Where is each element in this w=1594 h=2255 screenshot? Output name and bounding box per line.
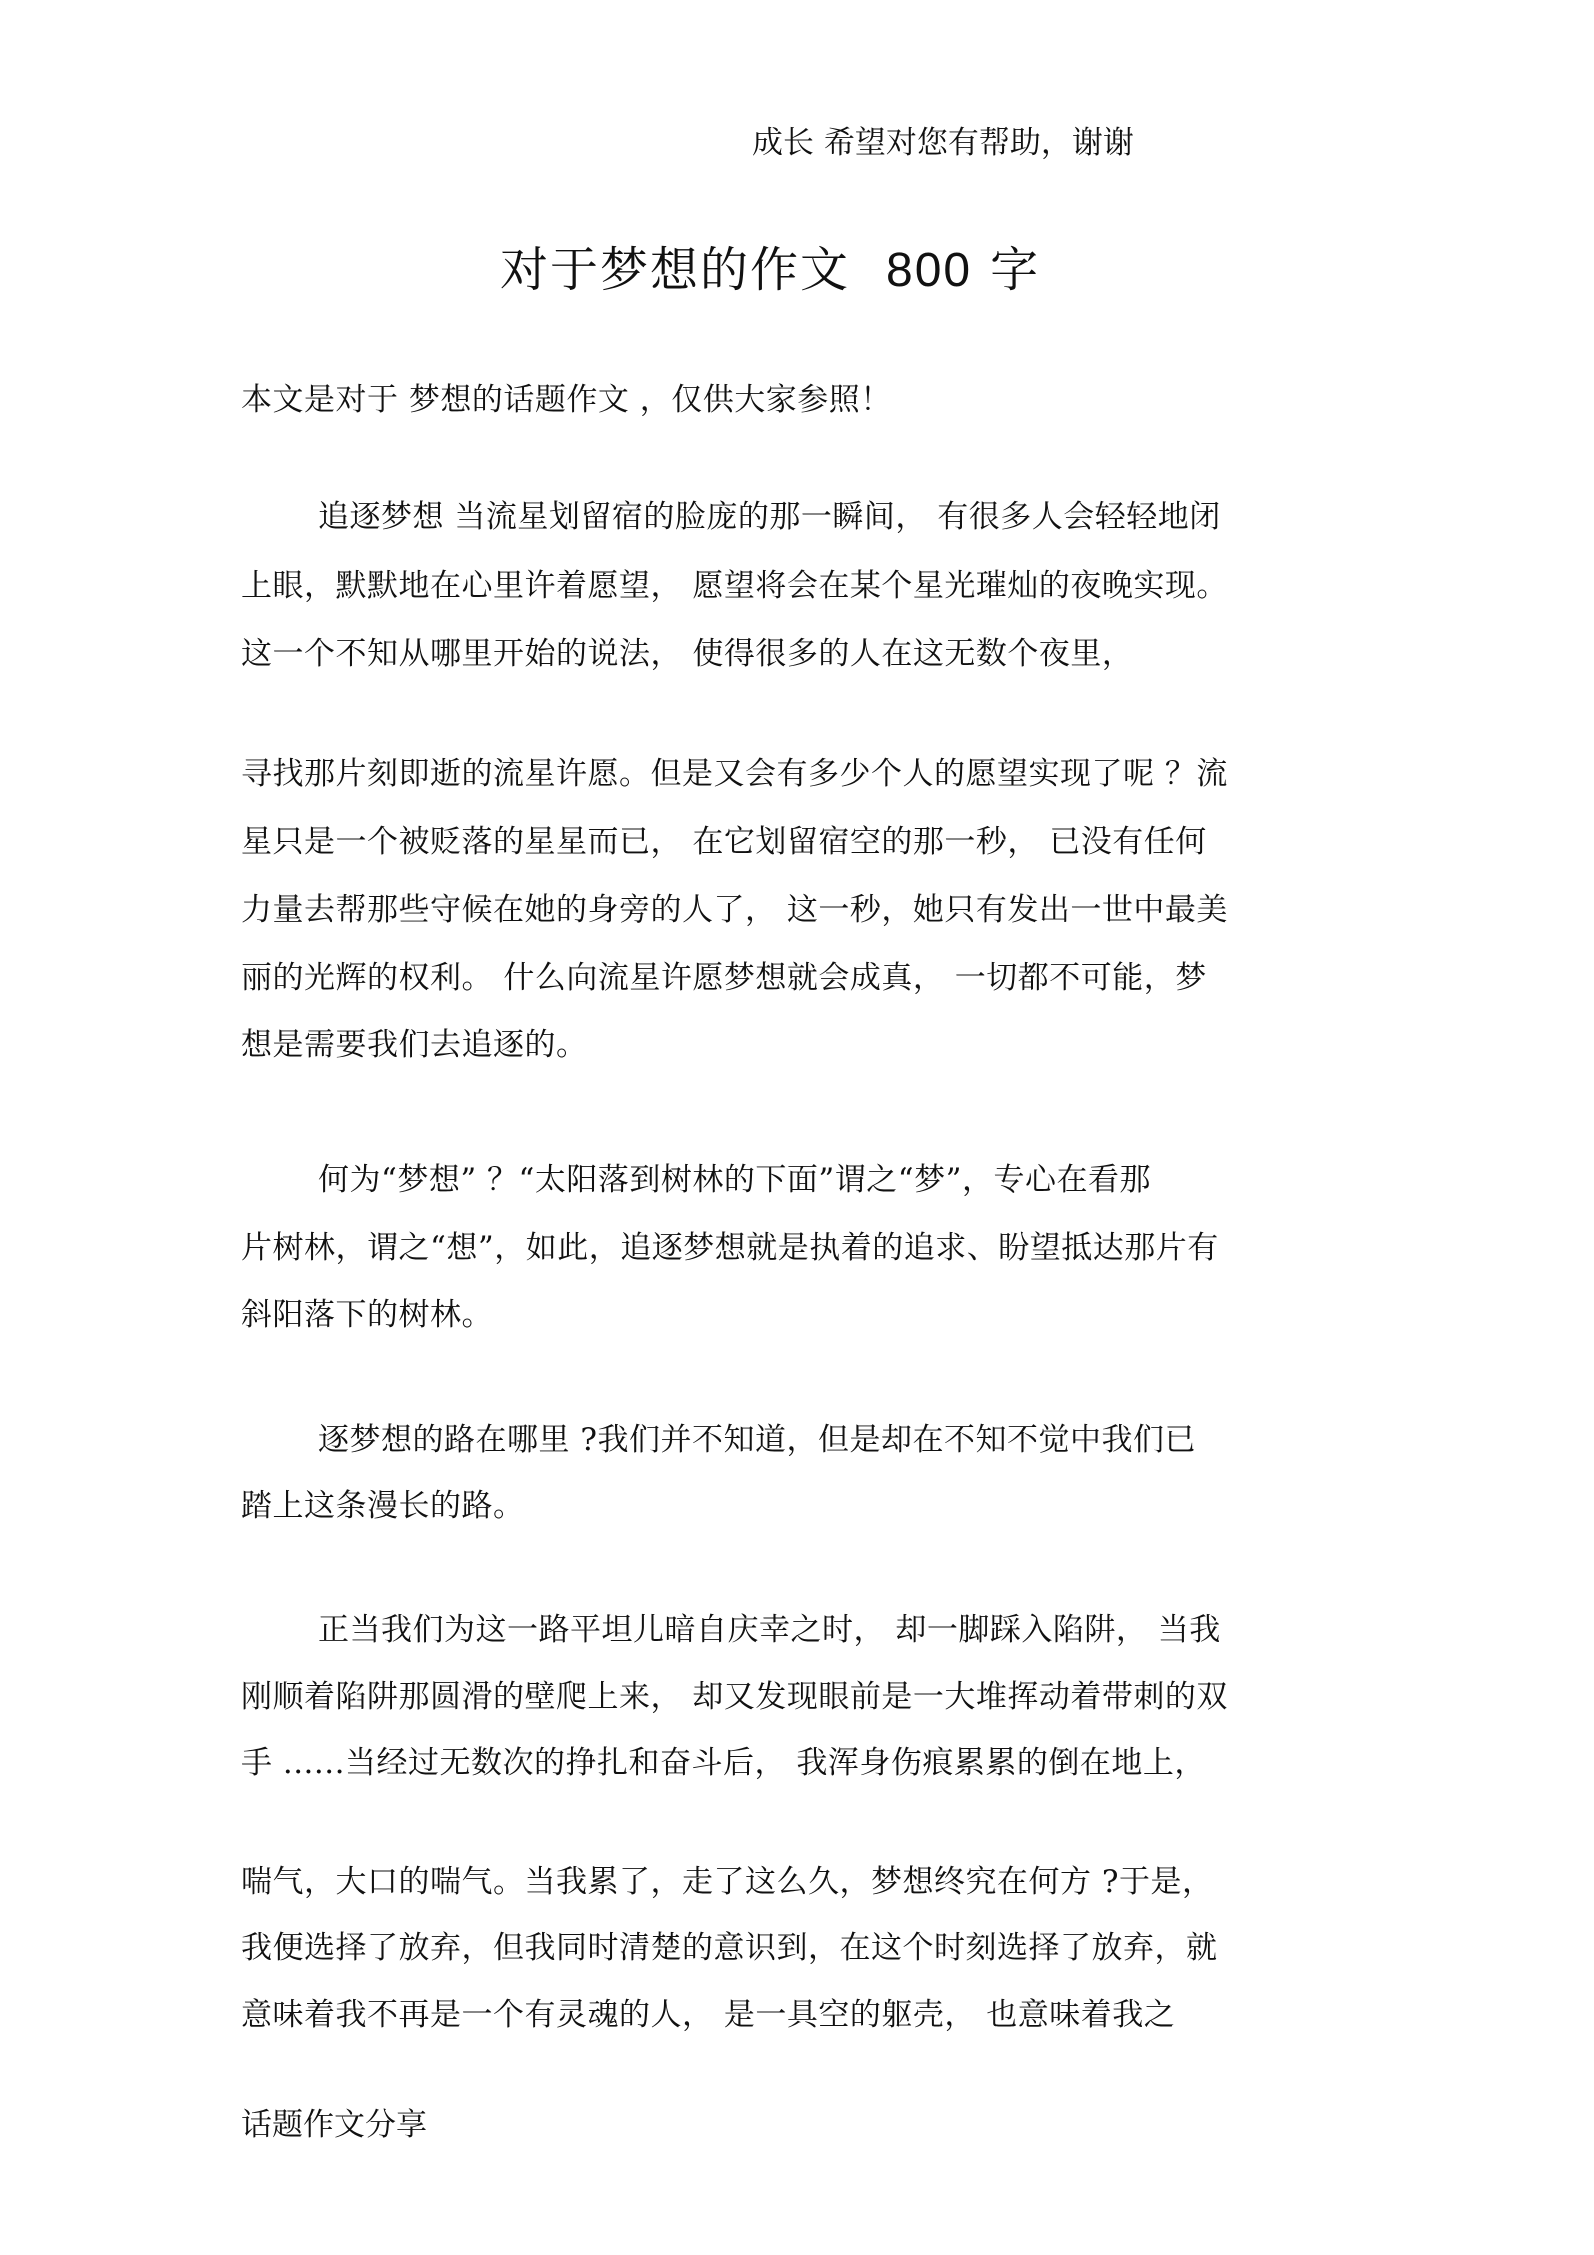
body-line: 力量去帮那些守候在她的身旁的人了， 这一秒，她只有发出一世中最美 [241, 890, 1228, 930]
intro-line: 本文是对于 梦想的话题作文 ，仅供大家参照！ [241, 380, 892, 420]
page-title: 对于梦想的作文800字 [500, 240, 1040, 301]
body-line: 寻找那片刻即逝的流星许愿。但是又会有多少个人的愿望实现了呢 ？流 [241, 754, 1228, 794]
body-line: 上眼，默默地在心里许着愿望， 愿望将会在某个星光璀灿的夜晚实现。 [241, 566, 1228, 606]
body-line: 手 ......当经过无数次的挣扎和奋斗后， 我浑身伤痕累累的倒在地上， [241, 1743, 1206, 1783]
body-line: 想是需要我们去追逐的。 [241, 1025, 588, 1065]
body-line: 斜阳落下的树林。 [241, 1295, 493, 1335]
body-line: 片树林，谓之“想”，如此，追逐梦想就是执着的追求、盼望抵达那片有 [241, 1228, 1219, 1268]
body-line: 追逐梦想 当流星划留宿的脸庞的那一瞬间， 有很多人会轻轻地闭 [318, 497, 1221, 537]
body-line: 正当我们为这一路平坦儿暗自庆幸之时， 却一脚踩入陷阱， 当我 [318, 1610, 1221, 1650]
body-line: 意味着我不再是一个有灵魂的人， 是一具空的躯壳， 也意味着我之 [241, 1995, 1175, 2035]
body-line: 丽的光辉的权利。 什么向流星许愿梦想就会成真， 一切都不可能，梦 [241, 958, 1207, 998]
title-number: 800 [886, 244, 972, 297]
header-note: 成长 希望对您有帮助，谢谢 [752, 122, 1134, 164]
body-line: 喘气，大口的喘气。当我累了，走了这么久，梦想终究在何方 ?于是， [241, 1862, 1213, 1902]
title-suffix: 字 [990, 242, 1040, 298]
body-line: 何为“梦想” ？“太阳落到树林的下面”谓之“梦”，专心在看那 [318, 1160, 1151, 1200]
body-line: 星只是一个被贬落的星星而已， 在它划留宿空的那一秒， 已没有任何 [241, 822, 1207, 862]
body-line: 逐梦想的路在哪里 ?我们并不知道，但是却在不知不觉中我们已 [318, 1420, 1196, 1460]
title-prefix: 对于梦想的作文 [500, 242, 850, 298]
body-line: 这一个不知从哪里开始的说法， 使得很多的人在这无数个夜里， [241, 634, 1133, 674]
body-line: 踏上这条漫长的路。 [241, 1486, 525, 1526]
body-line: 我便选择了放弃，但我同时清楚的意识到，在这个时刻选择了放弃，就 [241, 1928, 1218, 1968]
body-line: 刚顺着陷阱那圆滑的壁爬上来， 却又发现眼前是一大堆挥动着带刺的双 [241, 1677, 1228, 1717]
footer-note: 话题作文分享 [241, 2104, 427, 2146]
